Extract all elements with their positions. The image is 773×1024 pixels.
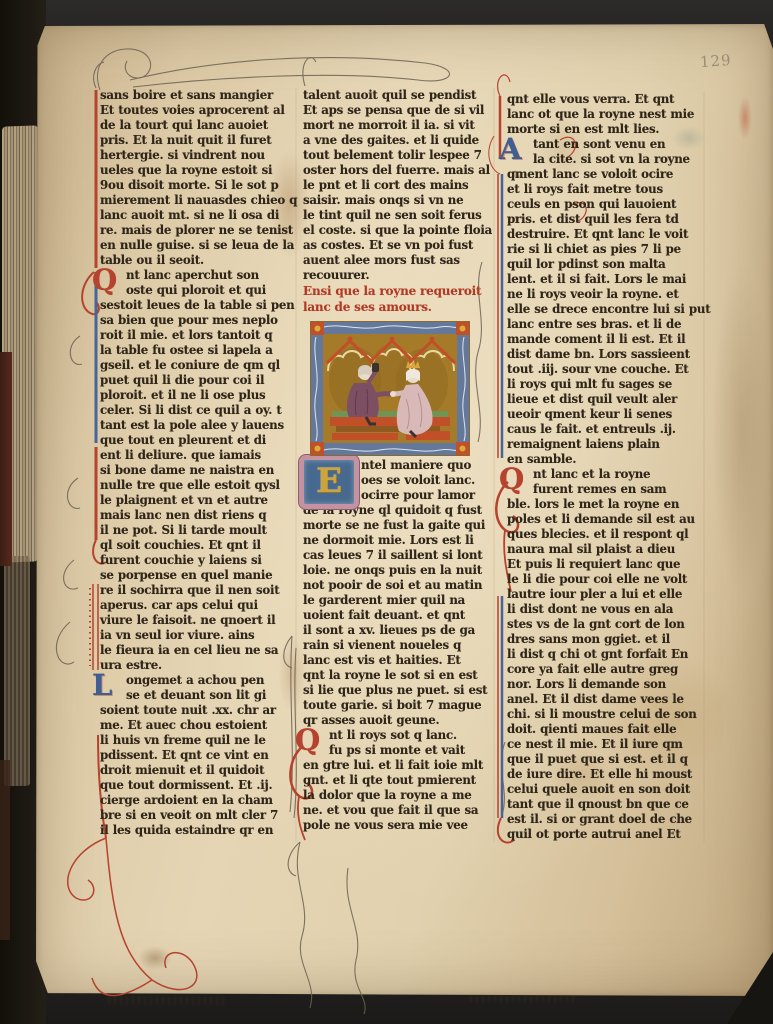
manuscript-text-line: aperus. car aps celui qui xyxy=(100,598,296,613)
manuscript-text-line: pris. et dist quil les fera td xyxy=(507,212,705,227)
manuscript-text-line: soient toute nuit .xx. chr ar xyxy=(100,703,296,718)
manuscript-text-line: en samble. xyxy=(507,452,705,467)
manuscript-text-line: lautre iour pler a lui et elle xyxy=(507,587,705,602)
text-column-2-lower: ntel maniere quooes se voloit lanc.ocirr… xyxy=(303,458,499,833)
manuscript-text-line: gseil. et le coniure de qm ql xyxy=(100,358,296,373)
manuscript-text-line: le tint quil ne sen soit ferus xyxy=(303,208,499,223)
red-offset-mark xyxy=(738,96,752,140)
manuscript-text-line: nor. Lors li demande son xyxy=(507,677,705,692)
decorated-initial-a: A xyxy=(499,135,521,163)
manuscript-photo: 129 42 20 sans boire et sans mangierEt t… xyxy=(0,0,773,1024)
manuscript-text-line: puet quil li die pour coi il xyxy=(100,373,296,388)
manuscript-text-line: cierge ardoient en la cham xyxy=(100,793,296,808)
manuscript-text-line: chi. si li moustre celui de son xyxy=(507,707,705,722)
manuscript-text-line: li dist dont ne vous en ala xyxy=(507,602,705,617)
manuscript-text-line: il sont a xv. lieues ps de ga xyxy=(303,623,499,638)
manuscript-text-line: saisir. mais onqs si vn ne xyxy=(303,193,499,208)
manuscript-text-line: ql soit couchies. Et qnt il xyxy=(100,538,296,553)
decorated-initial-l: L xyxy=(92,671,112,699)
manuscript-text-line: mierement li nauasdes chieo q xyxy=(100,193,296,208)
manuscript-text-line: me. Et auec chou estoient xyxy=(100,718,296,733)
text-column-3: qnt elle vous verra. Et qntlanc ot que l… xyxy=(507,92,705,842)
manuscript-text-line: re. mais de plorer ne se tenist xyxy=(100,223,296,238)
manuscript-text-line: re il sochirra que il nen soit xyxy=(100,583,296,598)
manuscript-text-line: sa bien que pour mes neplo xyxy=(100,313,296,328)
manuscript-text-line: ceuls en pson qui lauoient xyxy=(507,197,705,212)
manuscript-text-line: ques blecies. et il respont ql xyxy=(507,527,705,542)
manuscript-text-line: qr asses auoit geune. xyxy=(303,713,499,728)
manuscript-text-line: que tout dormissent. Et .ij. xyxy=(100,778,296,793)
manuscript-text-line: nt li roys sot q lanc. xyxy=(303,728,499,743)
decorated-initial-q: Q xyxy=(92,266,117,294)
show-through-text xyxy=(108,996,226,1005)
manuscript-text-line: de la tourt qui lanc auoiet xyxy=(100,118,296,133)
manuscript-text-line: ent li deliure. que iamais xyxy=(100,448,296,463)
manuscript-text-line: oster hors del fuerre. mais al xyxy=(303,163,499,178)
manuscript-text-line: nt lanc aperchut son xyxy=(100,268,296,283)
manuscript-text-line: quil lor pdinst son malta xyxy=(507,257,705,272)
manuscript-text-line: talent auoit quil se pendist xyxy=(303,88,499,103)
manuscript-text-line: ueles que la royne estoit si xyxy=(100,163,296,178)
manuscript-text-line: recouurer. xyxy=(303,268,499,283)
manuscript-text-line: ura estre. xyxy=(100,658,296,673)
manuscript-text-line: si bone dame ne naistra en xyxy=(100,463,296,478)
manuscript-text-line: as costes. Et se vn poi fust xyxy=(303,238,499,253)
manuscript-text-line: droit mienuit et il quidoit xyxy=(100,763,296,778)
manuscript-text-line: tant que il qnoust bn que ce xyxy=(507,797,705,812)
manuscript-text-line: ongemet a achou pen xyxy=(100,673,296,688)
manuscript-text-line: uoient fait deuant. et qnt xyxy=(303,608,499,623)
manuscript-text-line: pris. Et la nuit quit il furet xyxy=(100,133,296,148)
show-through-text xyxy=(470,994,574,1003)
manuscript-text-line: sans boire et sans mangier xyxy=(100,88,296,103)
manuscript-text-line: tant en sont venu en xyxy=(507,137,705,152)
manuscript-text-line: Et puis li requiert lanc que xyxy=(507,557,705,572)
manuscript-text-line: tout belement tolir lespee 7 xyxy=(303,148,499,163)
manuscript-text-line: tant est la pole alee y lauens xyxy=(100,418,296,433)
manuscript-text-line: se et deuant son lit gi xyxy=(100,688,296,703)
manuscript-text-line: est il. si or grant doel de che xyxy=(507,812,705,827)
rubric-caption: Ensi que la royne requeroit lanc de ses … xyxy=(303,284,499,315)
manuscript-text-line: lieue et dist quil veult aler xyxy=(507,392,705,407)
manuscript-text-line: lanc est vis et haities. Et xyxy=(303,653,499,668)
book-cover-edge-lower xyxy=(0,760,10,940)
manuscript-text-line: si lie que plus ne puet. si est xyxy=(303,683,499,698)
manuscript-text-line: ueoir qment keur li senes xyxy=(507,407,705,422)
rubric-line: lanc de ses amours. xyxy=(303,300,499,316)
manuscript-text-line: stes vs de la gnt cort de lon xyxy=(507,617,705,632)
manuscript-text-line: lanc auoit mt. si ne li osa di xyxy=(100,208,296,223)
manuscript-text-line: dist dame bn. Lors sassieent xyxy=(507,347,705,362)
manuscript-text-line: rain si vienent noueles q xyxy=(303,638,499,653)
manuscript-text-line: que il puet que si est. et il q xyxy=(507,752,705,767)
manuscript-text-line: oste qui ploroit et qui xyxy=(100,283,296,298)
manuscript-text-line: pdissent. Et qnt ce vint en xyxy=(100,748,296,763)
manuscript-text-line: ce nest il mie. Et il iure qm xyxy=(507,737,705,752)
manuscript-text-line: lent. et il si fait. Lors le mai xyxy=(507,272,705,287)
manuscript-text-line: not pooir de soi et au matin xyxy=(303,578,499,593)
manuscript-text-line: quil ot porte autrui anel Et xyxy=(507,827,705,842)
manuscript-text-line: ne dormoit mie. Lors est li xyxy=(303,533,499,548)
initial-letter: E xyxy=(316,461,342,501)
manuscript-text-line: furent remes en sam xyxy=(507,482,705,497)
manuscript-text-line: hertergie. si vindrent nou xyxy=(100,148,296,163)
manuscript-text-line: ia vn seul ior viure. ains xyxy=(100,628,296,643)
manuscript-text-line: ne li roys veoir la royne. et xyxy=(507,287,705,302)
manuscript-text-line: mort ne morroit il ia. si vit xyxy=(303,118,499,133)
manuscript-text-line: el coste. si que la pointe floia xyxy=(303,223,499,238)
manuscript-text-line: poles et li demande sil est au xyxy=(507,512,705,527)
manuscript-text-line: tout .iij. sour vne couche. Et xyxy=(507,362,705,377)
manuscript-text-line: toute garie. si boit 7 mague xyxy=(303,698,499,713)
manuscript-text-line: qnt la royne le sot si en est xyxy=(303,668,499,683)
manuscript-text-line: cas leues 7 il saillent si lont xyxy=(303,548,499,563)
decorated-initial-q: Q xyxy=(295,726,320,754)
manuscript-text-line: ploroit. et il ne li ose plus xyxy=(100,388,296,403)
manuscript-text-line: Et aps se pensa que de si vil xyxy=(303,103,499,118)
manuscript-text-line: caus le fait. et entreuls .ij. xyxy=(507,422,705,437)
manuscript-text-line: de iure dire. Et elle hi moust xyxy=(507,767,705,782)
manuscript-text-line: le li die pour coi elle ne volt xyxy=(507,572,705,587)
manuscript-text-line: la cite. si sot vn la royne xyxy=(507,152,705,167)
manuscript-text-line: celui quele auoit en son doit xyxy=(507,782,705,797)
manuscript-text-line: il les quida estaindre qr en xyxy=(100,823,296,838)
manuscript-text-line: doit. qienti maues fait elle xyxy=(507,722,705,737)
manuscript-text-line: remaignent laiens plain xyxy=(507,437,705,452)
manuscript-text-line: celer. Si li dist ce quil a oy. t xyxy=(100,403,296,418)
manuscript-text-line: en nulle guise. si se leua de la xyxy=(100,238,296,253)
manuscript-text-line: ble. lors le met la royne en xyxy=(507,497,705,512)
manuscript-text-line: destruire. Et qnt lanc le voit xyxy=(507,227,705,242)
decorated-initial-e: E xyxy=(299,455,359,509)
manuscript-text-line: dres sans mon ggiet. et il xyxy=(507,632,705,647)
manuscript-text-line: mais lanc nen dist riens q xyxy=(100,508,296,523)
manuscript-text-line: li roys qui mlt fu sages se xyxy=(507,377,705,392)
manuscript-text-line: fu ps si monte et vait xyxy=(303,743,499,758)
manuscript-text-line: furent couchie y laiens si xyxy=(100,553,296,568)
manuscript-text-line: le plaignent et vn et autre xyxy=(100,493,296,508)
manuscript-text-line: elle se drece encontre lui si put xyxy=(507,302,705,317)
manuscript-text-line: viure le faisoit. ne qnoert il xyxy=(100,613,296,628)
manuscript-text-line: le pnt et li cort des mains xyxy=(303,178,499,193)
text-column-2-upper: talent auoit quil se pendistEt aps se pe… xyxy=(303,88,499,283)
manuscript-text-line: mande coment il li est. Et il xyxy=(507,332,705,347)
manuscript-text-line: qment lanc se voloit ocire xyxy=(507,167,705,182)
manuscript-text-line: le fieura ia en cel lieu ne sa xyxy=(100,643,296,658)
manuscript-text-line: Et toutes voies aprocerent al xyxy=(100,103,296,118)
miniature-illustration xyxy=(310,321,470,456)
manuscript-text-line: nulle tre que elle estoit qysl xyxy=(100,478,296,493)
manuscript-text-line: lanc ot que la royne nest mie xyxy=(507,107,705,122)
manuscript-text-line: en gtre lui. et li fait ioie mlt xyxy=(303,758,499,773)
manuscript-text-line: nt lanc et la royne xyxy=(507,467,705,482)
rubric-line: Ensi que la royne requeroit xyxy=(303,284,499,300)
manuscript-text-line: gnt. et li qte tout pmierent xyxy=(303,773,499,788)
manuscript-text-line: 9ou disoit morte. Si le sot p xyxy=(100,178,296,193)
manuscript-text-line: se porpense en quel manie xyxy=(100,568,296,583)
manuscript-text-line: bre si en veoit on mlt cler 7 xyxy=(100,808,296,823)
manuscript-text-line: la dolor que la royne a me xyxy=(303,788,499,803)
manuscript-text-line: lanc entre ses bras. et li de xyxy=(507,317,705,332)
manuscript-text-line: morte si en est mlt lies. xyxy=(507,122,705,137)
manuscript-text-line: core ya fait elle autre greg xyxy=(507,662,705,677)
manuscript-text-line: table ou il seoit. xyxy=(100,253,296,268)
manuscript-text-line: que tout en pleurent et di xyxy=(100,433,296,448)
manuscript-text-line: naura mal sil plaist a dieu xyxy=(507,542,705,557)
manuscript-text-line: pole ne vous sera mie vee xyxy=(303,818,499,833)
text-column-1: sans boire et sans mangierEt toutes voie… xyxy=(100,88,296,838)
manuscript-text-line: sestoit leues de la table si pen xyxy=(100,298,296,313)
manuscript-text-line: et li roys fait metre tous xyxy=(507,182,705,197)
manuscript-text-line: li dist q chi ot gnt forfait En xyxy=(507,647,705,662)
manuscript-text-line: a vne des gaites. et li quide xyxy=(303,133,499,148)
manuscript-text-line: qnt elle vous verra. Et qnt xyxy=(507,92,705,107)
manuscript-text-line: ne. et vou que fait il que sa xyxy=(303,803,499,818)
manuscript-text-line: rie si li chiet as pies 7 li pe xyxy=(507,242,705,257)
manuscript-text-line: morte se ne fust la gaite qui xyxy=(303,518,499,533)
manuscript-text-line: le garderent mier quil na xyxy=(303,593,499,608)
manuscript-text-line: il ne pot. Si li tarde moult xyxy=(100,523,296,538)
manuscript-text-line: la table fu ostee si lapela a xyxy=(100,343,296,358)
manuscript-text-line: auent alee mors fust sas xyxy=(303,253,499,268)
decorated-initial-q: Q xyxy=(499,465,524,493)
manuscript-text-line: anel. Et il dist dame vees le xyxy=(507,692,705,707)
page-edges-stack-lower xyxy=(4,556,30,786)
manuscript-text-line: roit il mie. et lors tantoit q xyxy=(100,328,296,343)
manuscript-text-line: li huis vn freme quil ne le xyxy=(100,733,296,748)
folio-number: 129 xyxy=(699,51,732,71)
book-cover-edge xyxy=(0,352,12,566)
manuscript-text-line: loie. ne onqs puis en la nuit xyxy=(303,563,499,578)
